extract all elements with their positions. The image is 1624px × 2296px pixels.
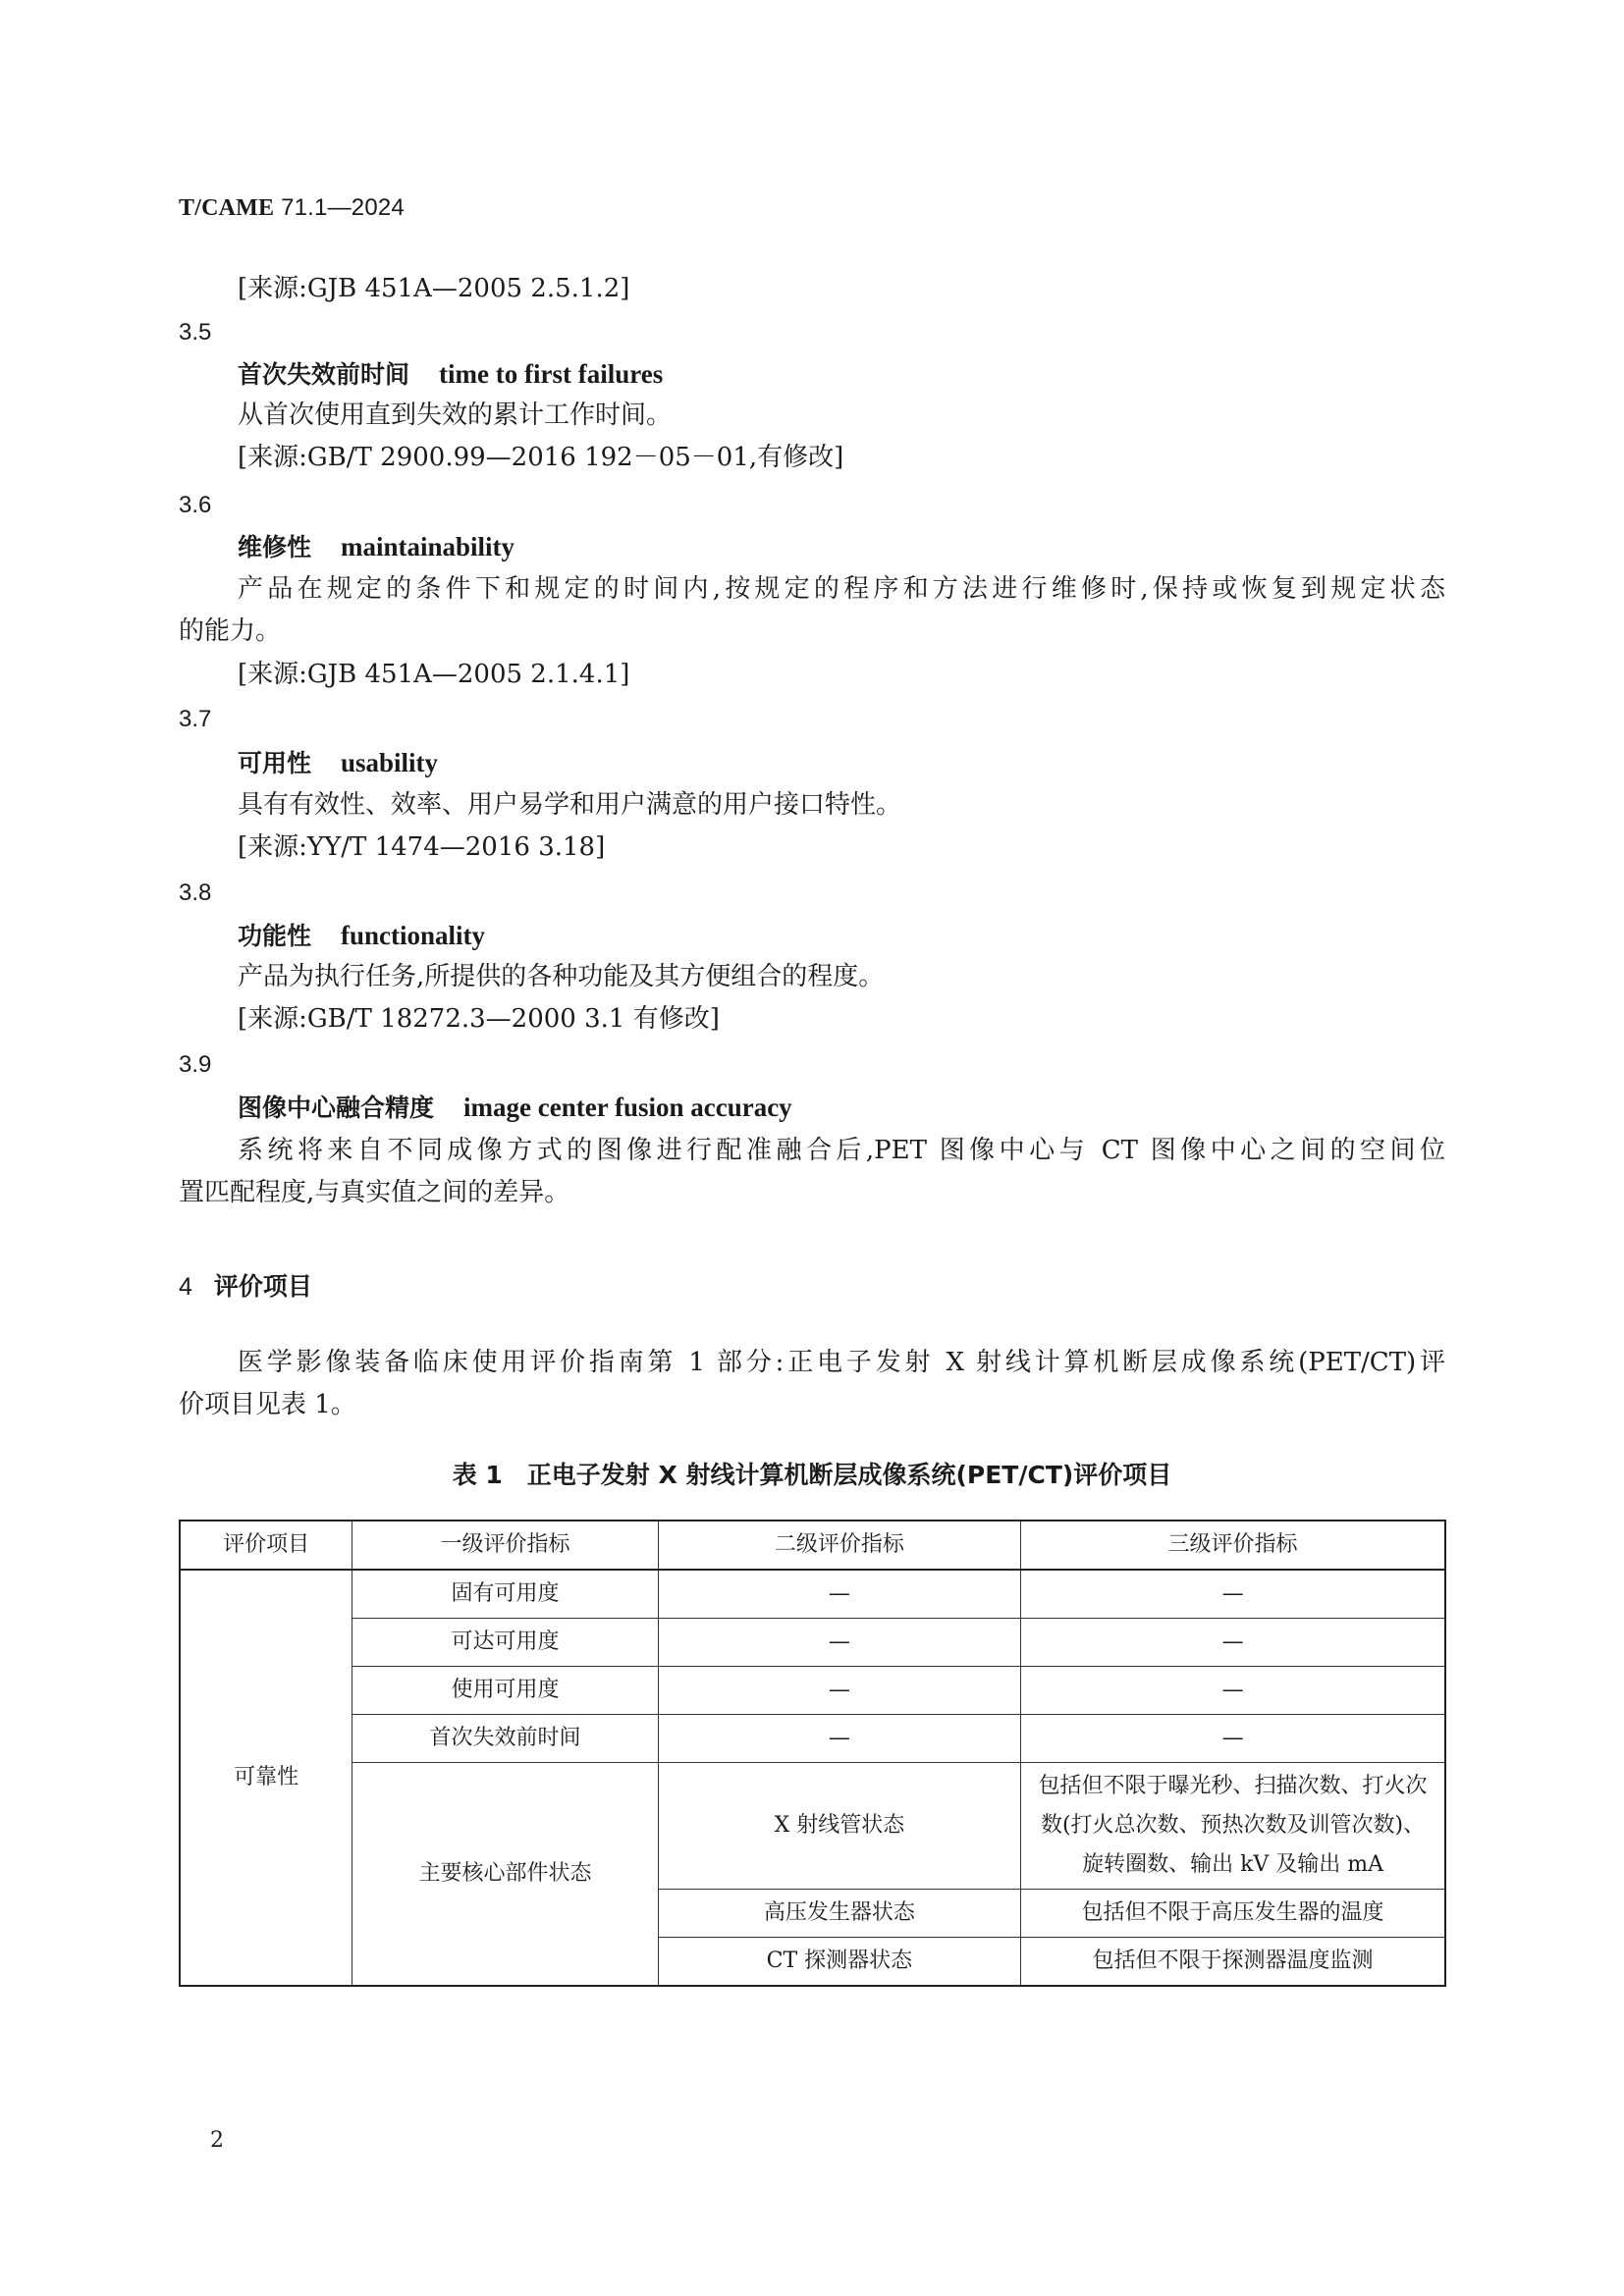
level3-cell: 包括但不限于曝光秒、扫描次数、打火次数(打火总次数、预热次数及训管次数)、旋转圈…: [1021, 1763, 1445, 1890]
level2-cell: —: [658, 1570, 1020, 1619]
level1-cell: 首次失效前时间: [352, 1715, 658, 1763]
term-heading: 图像中心融合精度image center fusion accuracy: [238, 1093, 792, 1123]
term-en: time to first failures: [439, 359, 663, 389]
level1-cell: 可达可用度: [352, 1619, 658, 1667]
section-title: 评价项目: [214, 1272, 312, 1301]
level3-cell: 包括但不限于高压发生器的温度: [1021, 1890, 1445, 1938]
term-heading: 首次失效前时间time to first failures: [238, 359, 663, 390]
table-row: 可达可用度 — —: [180, 1619, 1445, 1667]
term-definition: 从首次使用直到失效的累计工作时间。: [238, 400, 672, 430]
level2-cell: X 射线管状态: [658, 1763, 1020, 1890]
term-definition: 产品在规定的条件下和规定的时间内,按规定的程序和方法进行维修时,保持或恢复到规定…: [238, 574, 1445, 604]
term-zh: 维修性: [238, 533, 311, 561]
term-definition: 产品为执行任务,所提供的各种功能及其方便组合的程度。: [238, 962, 884, 991]
page-number: 2: [210, 2128, 224, 2153]
term-source: [来源:GB/T 18272.3—2000 3.1 有修改]: [238, 1004, 720, 1034]
term-zh: 图像中心融合精度: [238, 1094, 434, 1122]
evaluation-table: 评价项目 一级评价指标 二级评价指标 三级评价指标 可靠性 固有可用度 — — …: [179, 1520, 1446, 1987]
level1-cell: 主要核心部件状态: [352, 1763, 658, 1987]
section-number: 4: [179, 1273, 192, 1301]
level1-cell: 固有可用度: [352, 1570, 658, 1619]
section-4-heading: 4评价项目: [179, 1267, 312, 1303]
level2-cell: —: [658, 1667, 1020, 1715]
level2-cell: 高压发生器状态: [658, 1890, 1020, 1938]
term-source: [来源:GB/T 2900.99—2016 192－05－01,有修改]: [238, 443, 843, 472]
table-row: 可靠性 固有可用度 — —: [180, 1570, 1445, 1619]
level3-cell: —: [1021, 1715, 1445, 1763]
table-caption: 表 1 正电子发射 X 射线计算机断层成像系统(PET/CT)评价项目: [179, 1456, 1445, 1491]
table-row: 使用可用度 — —: [180, 1667, 1445, 1715]
table-row: 主要核心部件状态 X 射线管状态 包括但不限于曝光秒、扫描次数、打火次数(打火总…: [180, 1763, 1445, 1890]
term-en: image center fusion accuracy: [463, 1093, 792, 1122]
level1-cell: 使用可用度: [352, 1667, 658, 1715]
term-definition-cont: 置匹配程度,与真实值之间的差异。: [179, 1178, 569, 1207]
header-cell: 三级评价指标: [1021, 1521, 1445, 1570]
term-zh: 功能性: [238, 922, 311, 950]
term-heading: 可用性usability: [238, 748, 438, 778]
level2-cell: —: [658, 1619, 1020, 1667]
term-en: maintainability: [341, 532, 514, 561]
term-zh: 首次失效前时间: [238, 360, 409, 389]
term-definition-cont: 的能力。: [179, 616, 281, 646]
term-source: [来源:GJB 451A—2005 2.1.4.1]: [238, 660, 629, 689]
source-3-4: [来源:GJB 451A—2005 2.5.1.2]: [238, 274, 629, 303]
term-number: 3.8: [179, 879, 211, 908]
term-en: functionality: [341, 921, 485, 950]
level2-cell: CT 探测器状态: [658, 1938, 1020, 1987]
section-4-paragraph-cont: 价项目见表 1。: [179, 1390, 356, 1419]
category-cell: 可靠性: [180, 1570, 352, 1986]
term-number: 3.9: [179, 1050, 211, 1080]
level3-cell: —: [1021, 1570, 1445, 1619]
standard-id-number: 71.1—2024: [274, 194, 405, 221]
term-definition: 具有有效性、效率、用户易学和用户满意的用户接口特性。: [238, 790, 901, 820]
table-header-row: 评价项目 一级评价指标 二级评价指标 三级评价指标: [180, 1521, 1445, 1570]
term-number: 3.5: [179, 318, 211, 347]
standard-id-header: T/CAME 71.1—2024: [179, 194, 405, 222]
header-cell: 二级评价指标: [658, 1521, 1020, 1570]
section-4-paragraph: 医学影像装备临床使用评价指南第 1 部分:正电子发射 X 射线计算机断层成像系统…: [238, 1348, 1445, 1377]
term-zh: 可用性: [238, 749, 311, 777]
term-source: [来源:YY/T 1474—2016 3.18]: [238, 832, 605, 862]
header-cell: 一级评价指标: [352, 1521, 658, 1570]
term-heading: 功能性functionality: [238, 921, 485, 951]
term-en: usability: [341, 748, 438, 777]
header-cell: 评价项目: [180, 1521, 352, 1570]
term-heading: 维修性maintainability: [238, 532, 514, 562]
standard-id-prefix: T/CAME: [179, 195, 274, 221]
level3-cell: —: [1021, 1667, 1445, 1715]
table-row: 首次失效前时间 — —: [180, 1715, 1445, 1763]
term-number: 3.6: [179, 491, 211, 520]
level2-cell: —: [658, 1715, 1020, 1763]
term-number: 3.7: [179, 705, 211, 734]
level3-cell: —: [1021, 1619, 1445, 1667]
term-definition: 系统将来自不同成像方式的图像进行配准融合后,PET 图像中心与 CT 图像中心之…: [238, 1136, 1445, 1165]
level3-cell: 包括但不限于探测器温度监测: [1021, 1938, 1445, 1987]
